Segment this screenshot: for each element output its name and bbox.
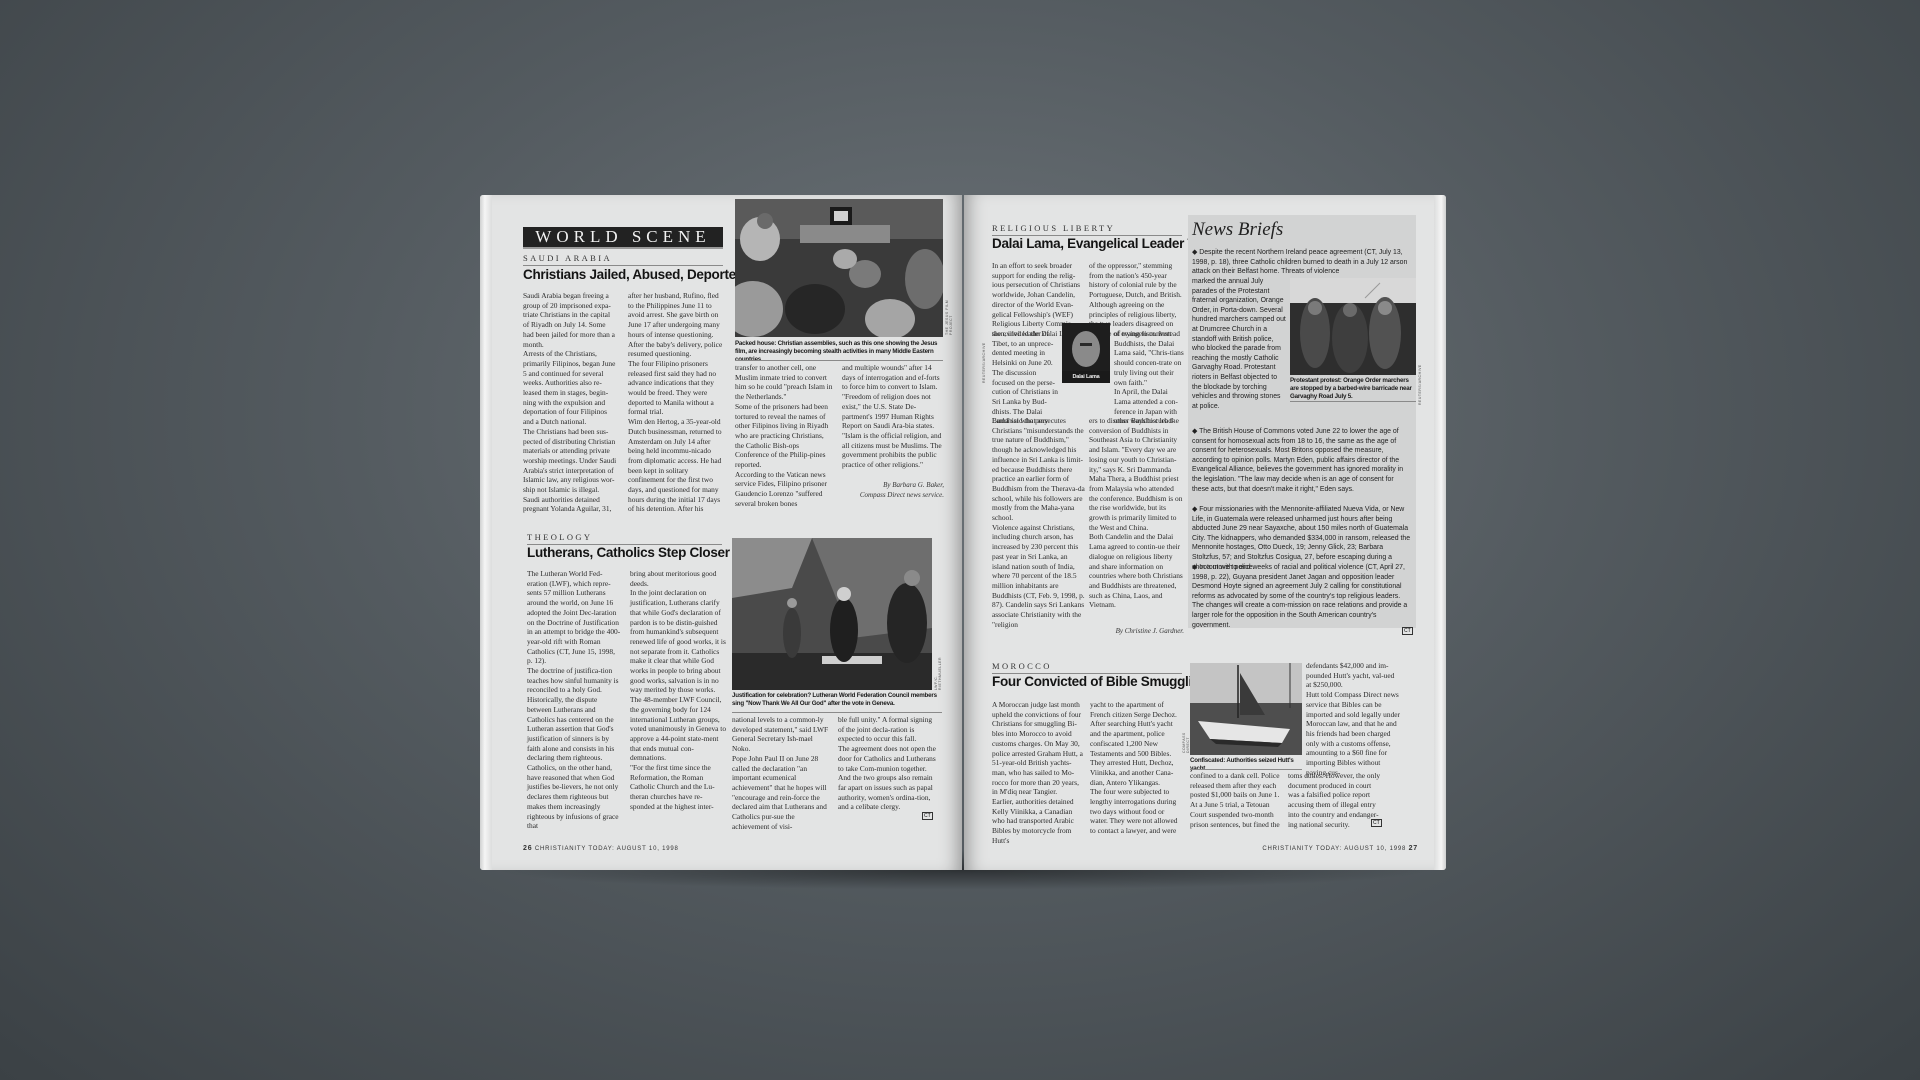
photo-lwf-council xyxy=(732,538,932,690)
page-number: 27 xyxy=(1409,845,1418,852)
page-number: 26 xyxy=(523,845,532,852)
saudi-col-2: after her husband, Rufino, fled to the P… xyxy=(628,291,725,514)
theology-col-1: The Lutheran World Fed-eration (LWF), wh… xyxy=(527,569,622,831)
photo-label-dalai-lama: Dalai Lama xyxy=(1062,373,1110,381)
brief-northern-ireland-top: ◆ Despite the recent Northern Ireland pe… xyxy=(1192,248,1412,277)
folio-text: CHRISTIANITY TODAY: AUGUST 10, 1998 xyxy=(535,846,679,852)
brief-northern-ireland-wrap: marked the annual July parades of the Pr… xyxy=(1192,277,1286,411)
left-page: WORLD SCENE SAUDI ARABIA Christians Jail… xyxy=(480,195,962,870)
kicker-morocco: MOROCCO xyxy=(992,661,1182,674)
photo-credit: REUTERS/ARCHIVE xyxy=(982,345,986,383)
folio-right: CHRISTIANITY TODAY: AUGUST 10, 1998 27 xyxy=(1262,845,1418,852)
folio-left: 26 CHRISTIANITY TODAY: AUGUST 10, 1998 xyxy=(523,845,679,852)
end-mark-ct: CT xyxy=(1371,811,1382,829)
morocco-col-4-bottom: toms duties. However, the only document … xyxy=(1288,771,1384,829)
saudi-col-4: and multiple wounds" after 14 days of in… xyxy=(842,363,944,470)
morocco-col-1: A Moroccan judge last month upheld the c… xyxy=(992,700,1084,846)
dalai-col-1-bottom: Buddhist who persecutes Christians "misu… xyxy=(992,416,1085,629)
photo-orange-order-march xyxy=(1290,278,1416,375)
photo-dalai-lama: Dalai Lama xyxy=(1062,323,1110,383)
page-edge xyxy=(480,195,492,870)
divider xyxy=(1290,401,1416,402)
right-page: RELIGIOUS LIBERTY Dalai Lama, Evangelica… xyxy=(964,195,1446,870)
divider xyxy=(1190,769,1302,770)
headline-theology: Lutherans, Catholics Step Closer xyxy=(527,545,730,560)
dalai-col-2-wrap: of trying to convert Buddhists, the Dala… xyxy=(1114,329,1184,426)
brief-house-of-commons: ◆ The British House of Commons voted Jun… xyxy=(1192,427,1412,494)
brief-guyana: ◆ In a move to end weeks of racial and p… xyxy=(1192,563,1412,630)
photo-caption-lwf: Justification for celebration? Lutheran … xyxy=(732,692,942,708)
saudi-col-1: Saudi Arabia began freeing a group of 20… xyxy=(523,291,618,514)
end-mark-ct: CT xyxy=(922,804,933,822)
byline-saudi-author: By Barbara G. Baker, xyxy=(842,481,944,491)
photo-jesus-film-assembly xyxy=(735,199,943,337)
headline-saudi: Christians Jailed, Abused, Deported xyxy=(523,267,744,282)
kicker-theology: THEOLOGY xyxy=(527,532,722,545)
news-briefs-title: News Briefs xyxy=(1192,219,1283,241)
photo-caption-orange-order: Protestant protest: Orange Order marcher… xyxy=(1290,377,1416,401)
page-edge xyxy=(1434,195,1446,870)
photo-credit: THE JESUS FILM PROJECT xyxy=(945,290,953,335)
photo-credit: LWF/C. RIETHMUELLER xyxy=(934,645,942,690)
theology-col-2: bring about meritorious good deeds. In t… xyxy=(630,569,727,812)
section-banner: WORLD SCENE xyxy=(523,227,723,249)
headline-morocco: Four Convicted of Bible Smuggling xyxy=(992,674,1208,689)
kicker-saudi-arabia: SAUDI ARABIA xyxy=(523,253,723,266)
morocco-col-3: confined to a dank cell. Police released… xyxy=(1190,771,1284,829)
dalai-col-2-bottom: ers to discuss ways to curb the conversi… xyxy=(1089,416,1184,610)
end-mark-ct: CT xyxy=(1402,619,1413,637)
morocco-col-4-top: defendants $42,000 and im-pounded Hutt's… xyxy=(1306,661,1401,777)
headline-dalai-lama: Dalai Lama, Evangelical Leader Talk xyxy=(992,236,1212,251)
byline-dalai: By Christine J. Gardner. xyxy=(1084,627,1184,637)
photo-credit: REUTERS/ARCHIVE xyxy=(1418,370,1422,405)
byline-saudi-service: Compass Direct news service. xyxy=(832,491,944,501)
divider xyxy=(735,360,943,361)
dalai-col-1-wrap: the exiled leader of Tibet, to an unprec… xyxy=(992,329,1060,426)
theology-col-4: ble full unity." A formal signing of the… xyxy=(838,715,940,812)
morocco-col-2: yacht to the apartment of French citizen… xyxy=(1090,700,1182,836)
magazine-spread: WORLD SCENE SAUDI ARABIA Christians Jail… xyxy=(480,195,1446,870)
divider xyxy=(732,712,942,713)
saudi-col-3: transfer to another cell, one Muslim inm… xyxy=(735,363,833,509)
kicker-religious-liberty: RELIGIOUS LIBERTY xyxy=(992,223,1182,236)
theology-col-3: national levels to a common-ly developed… xyxy=(732,715,830,831)
folio-text: CHRISTIANITY TODAY: AUGUST 10, 1998 xyxy=(1262,846,1406,852)
photo-credit: COMPASS DIRECT xyxy=(1182,715,1190,753)
photo-hutt-yacht xyxy=(1190,663,1302,755)
